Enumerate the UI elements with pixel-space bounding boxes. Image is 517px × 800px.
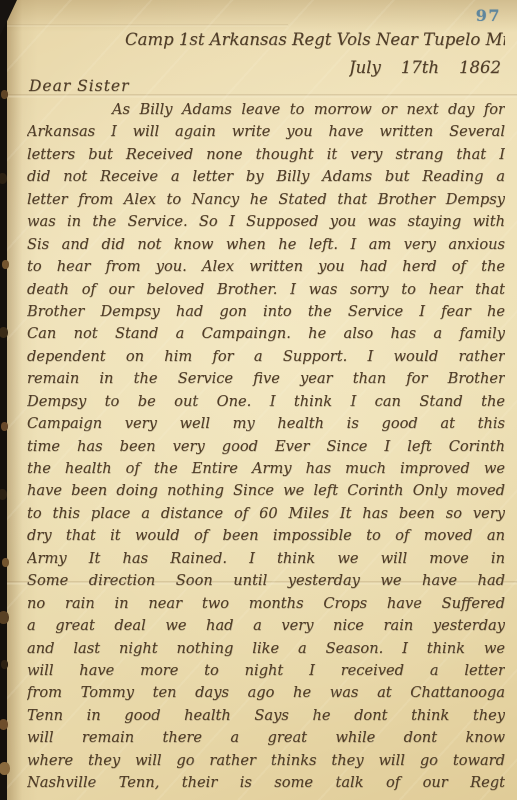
- letter-line: letter from Alex to Nancy he Stated that…: [27, 189, 505, 211]
- letter-line: As Billy Adams leave to morrow or next d…: [27, 99, 505, 121]
- letter-line: to this place a distance of 60 Miles It …: [27, 503, 505, 525]
- fold-crease: [7, 24, 288, 27]
- letter-line: Some direction Soon until yesterday we h…: [27, 570, 505, 592]
- letter-line: Sis and did not know when he left. I am …: [27, 234, 505, 256]
- letter-line: letters but Received none thought it ver…: [27, 144, 505, 166]
- letter-line: to hear from you. Alex written you had h…: [27, 256, 505, 278]
- letter-line: Army It has Rained. I think we will move…: [27, 548, 505, 570]
- letter-line: Can not Stand a Campaingn. he also has a…: [27, 323, 505, 345]
- letter-line: Dempsy to be out One. I think I can Stan…: [27, 391, 505, 413]
- letter-line: Tenn in good health Says he dont think t…: [27, 705, 505, 727]
- letter-line: Brother Dempsy had gon into the Service …: [27, 301, 505, 323]
- letter-line: was in the Service. So I Supposed you wa…: [27, 211, 505, 233]
- letter-line: and last night nothing like a Season. I …: [27, 638, 505, 660]
- letter-line: where they will go rather thinks they wi…: [27, 750, 505, 772]
- letter-salutation: Dear Sister: [29, 77, 130, 95]
- letter-line: did not Receive a letter by Billy Adams …: [27, 166, 505, 188]
- letter-line: no rain in near two months Crops have Su…: [27, 593, 505, 615]
- letter-line: Arkansas I will again write you have wri…: [27, 121, 505, 143]
- letter-heading-location: Camp 1st Arkansas Regt Vols Near Tupelo …: [125, 30, 505, 49]
- letter-heading-date: July 17th 1862: [349, 58, 501, 77]
- letter-line: dependent on him for a Support. I would …: [27, 346, 505, 368]
- letter-line: will remain there a great while dont kno…: [27, 727, 505, 749]
- letter-line: death of our beloved Brother. I was sorr…: [27, 279, 505, 301]
- letter-line: a great deal we had a very nice rain yes…: [27, 615, 505, 637]
- letter-line: remain in the Service five year than for…: [27, 368, 505, 390]
- letter-line: the health of the Entire Army has much i…: [27, 458, 505, 480]
- scanned-letter-page: 97 Camp 1st Arkansas Regt Vols Near Tupe…: [0, 0, 517, 800]
- letter-line: have been doing nothing Since we left Co…: [27, 480, 505, 502]
- letter-body: As Billy Adams leave to morrow or next d…: [27, 99, 505, 800]
- letter-line: time has been very good Ever Since I lef…: [27, 436, 505, 458]
- letter-line: dry that it would of been impossible to …: [27, 525, 505, 547]
- page-number-stamp: 97: [476, 6, 501, 25]
- letter-line: Nashville Tenn, their is some talk of ou…: [27, 772, 505, 794]
- letter-paper: 97 Camp 1st Arkansas Regt Vols Near Tupe…: [7, 0, 517, 800]
- letter-line: will have more to night I received a let…: [27, 660, 505, 682]
- letter-line: Campaign very well my health is good at …: [27, 413, 505, 435]
- letter-line: from Tommy ten days ago he was at Chatta…: [27, 682, 505, 704]
